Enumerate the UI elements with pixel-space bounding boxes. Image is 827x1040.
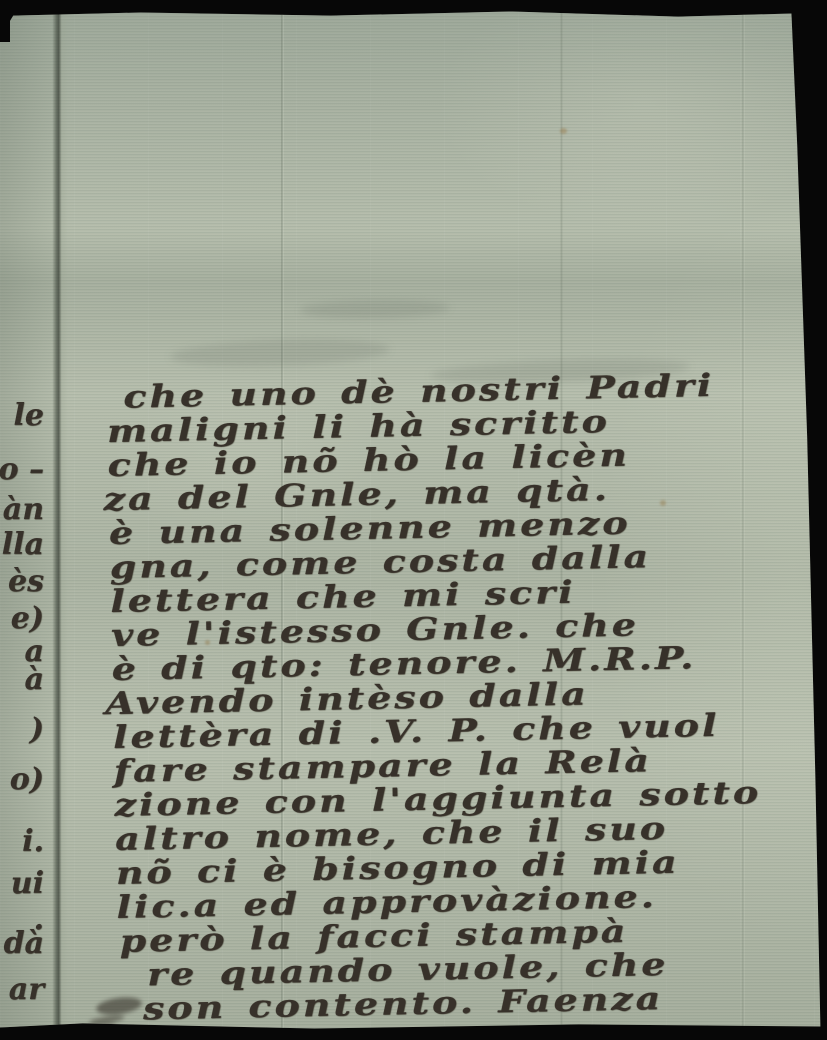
left-page-line-fragment: i. xyxy=(22,824,44,859)
left-page-line-fragment: à xyxy=(25,662,44,697)
left-page-line-fragment: ui xyxy=(11,866,44,901)
left-page-line-fragment: àn xyxy=(3,492,44,527)
left-page-line-fragment: le xyxy=(14,398,44,433)
page-fold-gutter xyxy=(52,10,68,1030)
left-page-line-fragment: ar xyxy=(9,972,44,1007)
foxing-spot xyxy=(560,128,567,134)
left-page-line-fragment: o – xyxy=(0,452,44,487)
ink-bleedthrough xyxy=(170,336,391,370)
left-page-line-fragment: lla xyxy=(2,527,44,562)
manuscript-paper-sheet: le o – àn lla ès e) a à ) o) i. ui . dà … xyxy=(0,0,827,1040)
facing-page-line-endings: le o – àn lla ès e) a à ) o) i. ui . dà … xyxy=(0,0,50,1040)
left-page-line-fragment: dà xyxy=(4,926,44,961)
left-page-line-fragment: ès xyxy=(8,564,44,599)
letter-body-text: che uno dè nostri Padri maligni li hà sc… xyxy=(106,367,802,1027)
left-page-line-fragment: o) xyxy=(10,762,44,797)
left-page-line-fragment: e) xyxy=(11,601,44,636)
left-page-line-fragment: ) xyxy=(30,712,44,747)
scan-background: le o – àn lla ès e) a à ) o) i. ui . dà … xyxy=(0,0,827,1040)
ink-bleedthrough xyxy=(300,299,450,320)
scan-corner-notch xyxy=(0,0,10,42)
